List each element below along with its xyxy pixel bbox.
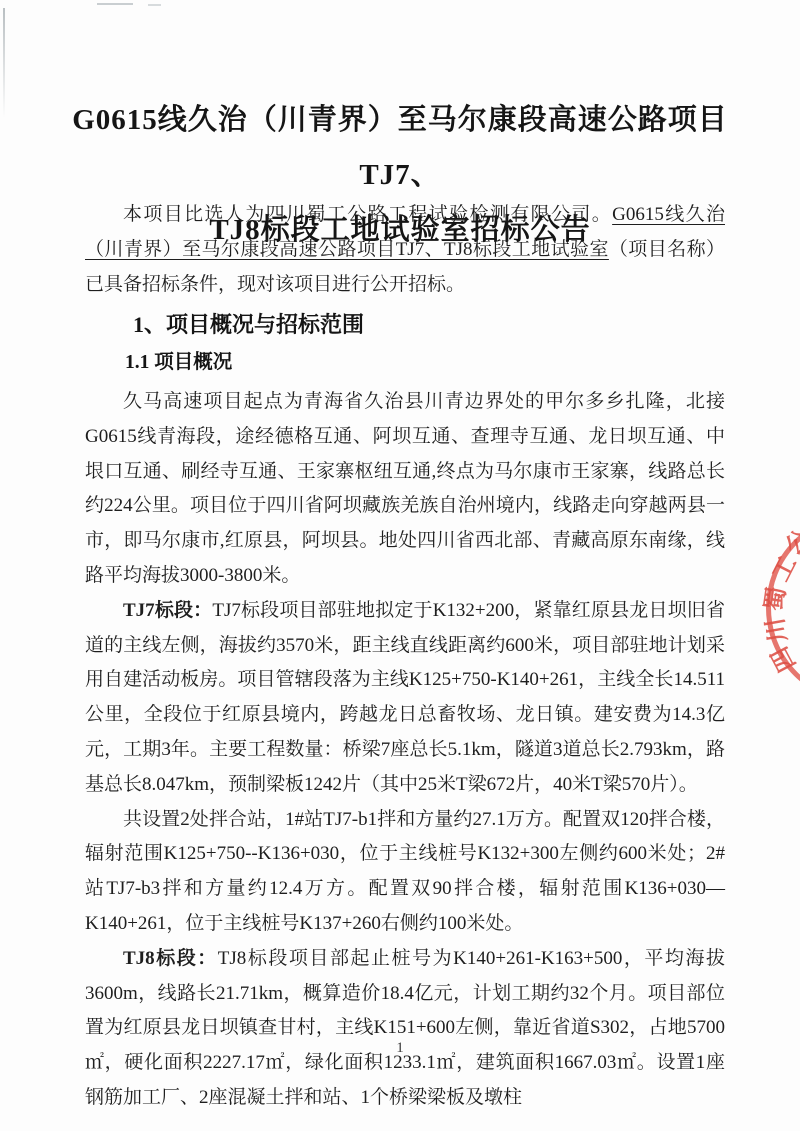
document-body: 本项目比选人为四川蜀工公路工程试验检测有限公司。G0615线久治（川青界）至马尔…: [85, 198, 725, 1116]
title-line-1: G0615线久治（川青界）至马尔康段高速公路项目TJ7、: [60, 93, 740, 203]
seal-character: 蜀: [754, 584, 792, 613]
scan-artifact-top-dash: [97, 3, 133, 5]
section-heading-1-1: 1.1 项目概况: [125, 346, 725, 381]
tj7-section-paragraph: TJ7标段：TJ7标段项目部驻地拟定于K132+200，紧靠红原县龙日坝旧省道的…: [85, 594, 725, 803]
page-number: 1: [0, 1040, 800, 1057]
intro-paragraph: 本项目比选人为四川蜀工公路工程试验检测有限公司。G0615线久治（川青界）至马尔…: [85, 198, 725, 302]
scan-artifact-top-dash: [148, 4, 161, 6]
tj8-section-paragraph: TJ8标段：TJ8标段项目部起止桩号为K140+261-K163+500，平均海…: [85, 942, 725, 1116]
project-overview-paragraph: 久马高速项目起点为青海省久治县川青边界处的甲尔多乡扎隆，北接G0615线青海段，…: [85, 385, 725, 594]
tj7-mixing-stations-paragraph: 共设置2处拌合站，1#站TJ7-b1拌和方量约27.1万方。配置双120拌合楼，…: [85, 803, 725, 942]
scan-artifact-left-edge: [3, 8, 5, 118]
section-heading-1: 1、项目概况与招标范围: [133, 308, 725, 343]
document-page: G0615线久治（川青界）至马尔康段高速公路项目TJ7、 TJ8标段工地试验室招…: [0, 0, 800, 1131]
